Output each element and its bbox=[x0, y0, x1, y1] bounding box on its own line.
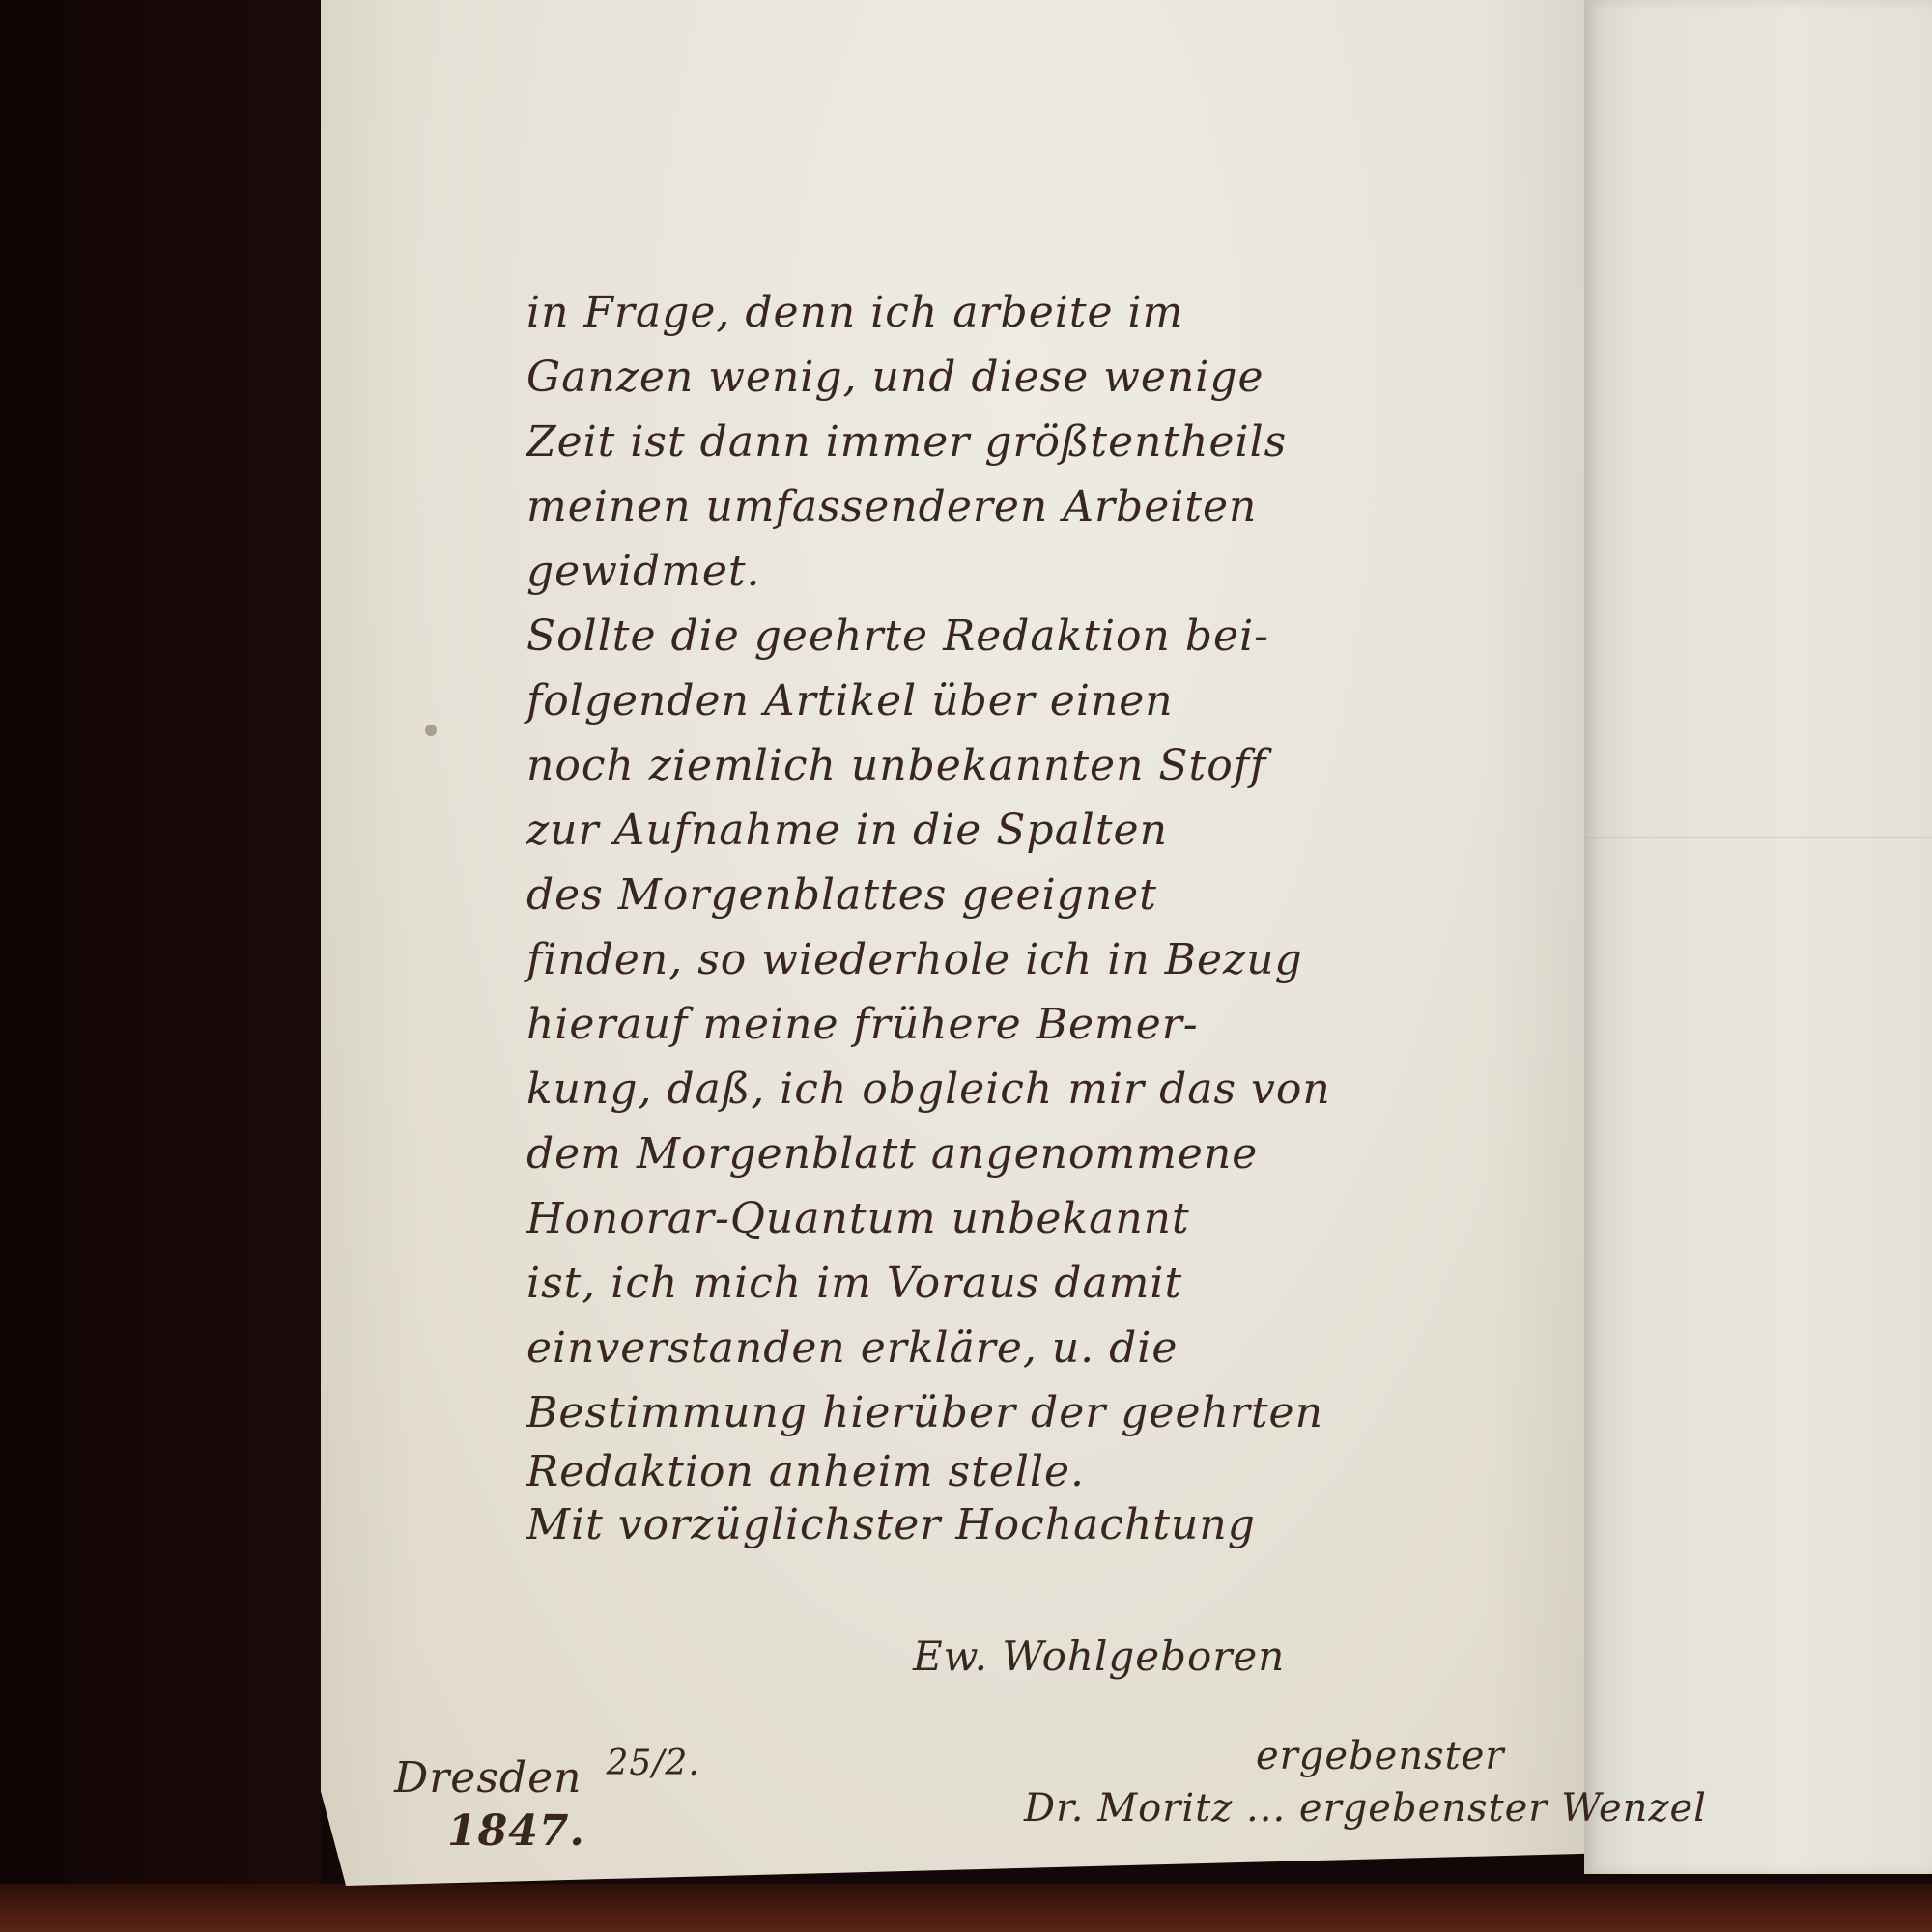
letter-line: Honorar-Quantum unbekannt bbox=[526, 1186, 1608, 1251]
date-year: 1847. bbox=[447, 1806, 700, 1856]
signature-block: ergebenster Dr. Moritz ... ergebenster W… bbox=[1024, 1734, 1707, 1831]
fold-crease bbox=[1584, 837, 1932, 838]
letter-line: Bestimmung hierüber der geehrten bbox=[526, 1380, 1608, 1445]
letter-line: Redaktion anheim stelle. bbox=[526, 1445, 1608, 1498]
letter-line: in Frage, denn ich arbeite im bbox=[526, 280, 1608, 345]
closing-salutation: Ew. Wohlgeboren bbox=[913, 1633, 1285, 1680]
letter-line: kung, daß, ich obgleich mir das von bbox=[526, 1057, 1608, 1122]
letter-line: gewidmet. bbox=[526, 539, 1608, 604]
letter-line: Sollte die geehrte Redaktion bei- bbox=[526, 604, 1608, 668]
ink-stain bbox=[425, 724, 437, 736]
signature-name: Dr. Moritz ... ergebenster Wenzel bbox=[1024, 1786, 1707, 1831]
dark-background-left bbox=[0, 0, 321, 1932]
date-day-month: 25/2. bbox=[606, 1744, 699, 1783]
letter-date: Dresden 25/2. 1847. bbox=[394, 1744, 700, 1856]
letter-line: des Morgenblattes geeignet bbox=[526, 863, 1608, 927]
letter-line: Mit vorzüglichster Hochachtung bbox=[526, 1498, 1608, 1551]
date-place: Dresden bbox=[394, 1753, 582, 1803]
letter-line: finden, so wiederhole ich in Bezug bbox=[526, 927, 1608, 992]
letter-line: meinen umfassenderen Arbeiten bbox=[526, 474, 1608, 539]
letter-line: Zeit ist dann immer größtentheils bbox=[526, 410, 1608, 474]
letter-line: folgenden Artikel über einen bbox=[526, 668, 1608, 733]
wooden-surface-bottom bbox=[0, 1884, 1932, 1932]
signature-valediction: ergebenster bbox=[1256, 1734, 1707, 1778]
letter-line: ist, ich mich im Voraus damit bbox=[526, 1251, 1608, 1316]
letter-line: zur Aufnahme in die Spalten bbox=[526, 798, 1608, 863]
letter-line: hierauf meine frühere Bemer- bbox=[526, 992, 1608, 1057]
letter-body: in Frage, denn ich arbeite im Ganzen wen… bbox=[526, 280, 1608, 1551]
letter-line: dem Morgenblatt angenommene bbox=[526, 1122, 1608, 1186]
letter-line: einverstanden erkläre, u. die bbox=[526, 1316, 1608, 1380]
facing-page bbox=[1584, 0, 1932, 1874]
letter-line: noch ziemlich unbekannten Stoff bbox=[526, 733, 1608, 798]
letter-line: Ganzen wenig, und diese wenige bbox=[526, 345, 1608, 410]
